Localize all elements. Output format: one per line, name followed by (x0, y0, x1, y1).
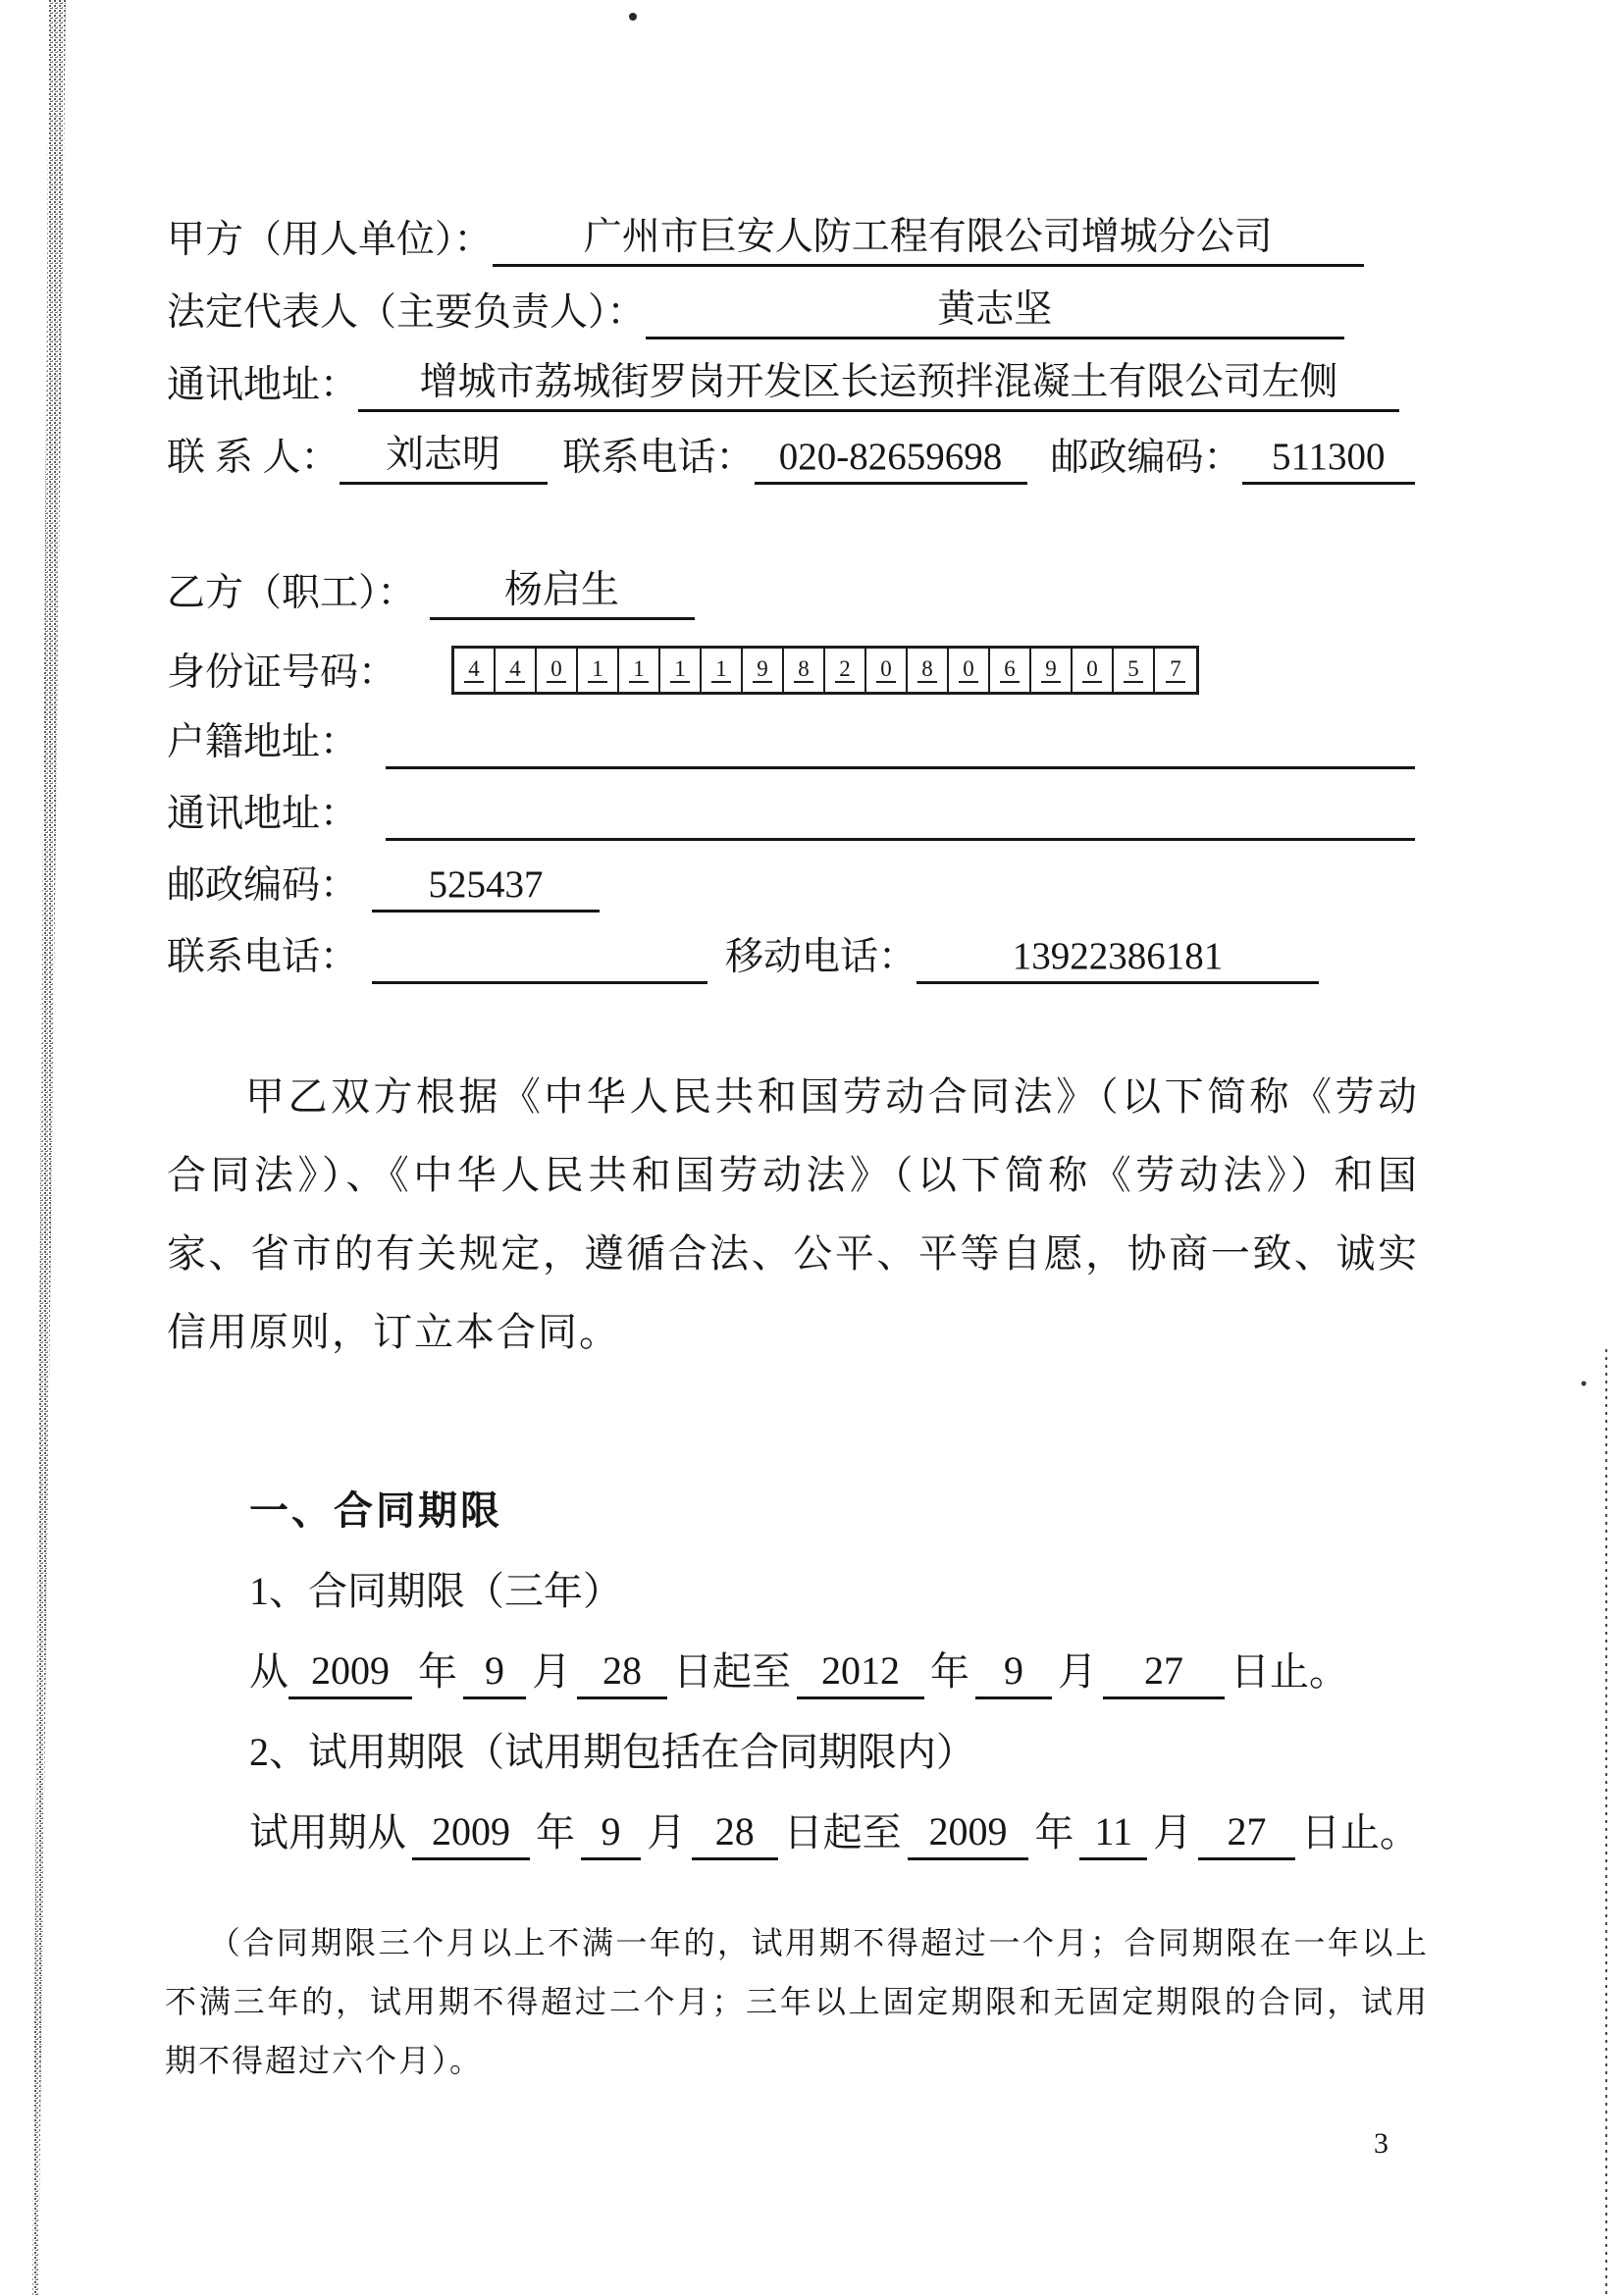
probation-end-chars: 日止。 (1301, 1801, 1419, 1860)
id-digit-box: 8 (908, 649, 949, 692)
contract-term-item-text: 1、合同期限（三年） (249, 1560, 622, 1619)
party-a-contact-row: 联 系 人： 刘志明 联系电话： 020-82659698 邮政编码： 5113… (167, 436, 1415, 485)
probation-dates-row: 试用期从 2009 年 9 月 28 日起至 2009 年 11 月 27 日止… (167, 1809, 1419, 1860)
id-digit-box: 5 (1114, 649, 1155, 692)
mobile-label: 移动电话： (725, 926, 916, 984)
probation-month-char-1: 月 (647, 1801, 686, 1860)
party-a-postcode-label: 邮政编码： (1051, 427, 1242, 485)
page-number: 3 (1374, 2127, 1388, 2161)
party-b-phone-label: 联系电话： (167, 926, 358, 984)
term-start-month: 9 (463, 1647, 526, 1699)
term-end-month: 9 (975, 1647, 1052, 1699)
probation-year-char-1: 年 (536, 1801, 575, 1860)
id-digit-box: 9 (1031, 649, 1073, 692)
id-digit: 8 (794, 657, 813, 683)
probation-month-char-2: 月 (1153, 1801, 1192, 1860)
party-a-address-row: 通讯地址： 增城市荔城街罗岗开发区长运预拌混凝土有限公司左侧 (167, 363, 1415, 412)
party-a-phone-value: 020-82659698 (755, 435, 1027, 485)
party-b-hukou-row: 户籍地址： (167, 720, 1415, 769)
id-digit-box: 8 (784, 649, 825, 692)
id-digit: 9 (753, 657, 772, 683)
term-year-char-1: 年 (418, 1641, 457, 1699)
id-digit: 0 (1082, 657, 1102, 683)
id-digit-box: 9 (743, 649, 784, 692)
term-to-chars: 日起至 (673, 1641, 791, 1699)
contract-term-item: 1、合同期限（三年） (167, 1568, 1419, 1619)
left-scan-streak (32, 0, 66, 2296)
party-b-name-row: 乙方（职工）： 杨启生 (167, 571, 1415, 620)
id-digit-box: 0 (866, 649, 908, 692)
id-digit: 1 (711, 657, 731, 683)
term-end-day: 27 (1103, 1647, 1225, 1699)
party-b-phone-row: 联系电话： 移动电话： 13922386181 (167, 935, 1415, 984)
term-year-char-2: 年 (930, 1641, 969, 1699)
probation-start-year: 2009 (412, 1808, 530, 1860)
probation-start-day: 28 (692, 1808, 778, 1860)
probation-end-year: 2009 (908, 1808, 1029, 1860)
party-b-name-value: 杨启生 (430, 559, 695, 620)
party-a-section: 甲方（用人单位）： 广州市巨安人防工程有限公司增城分公司 法定代表人（主要负责人… (167, 218, 1415, 508)
id-digit: 0 (547, 657, 566, 683)
probation-item: 2、试用期限（试用期包括在合同期限内） (167, 1729, 1419, 1780)
probation-limit-note: （合同期限三个月以上不满一年的，试用期不得超过一个月；合同期限在一年以上不满三年… (165, 1913, 1429, 2090)
term-month-char-2: 月 (1058, 1641, 1097, 1699)
party-a-name-value: 广州市巨安人防工程有限公司增城分公司 (493, 206, 1364, 267)
party-a-phone-label: 联系电话： (563, 427, 755, 485)
legal-rep-label: 法定代表人（主要负责人）： (167, 282, 646, 339)
party-a-address-label: 通讯地址： (167, 354, 358, 412)
contract-term-dates-row: 从 2009 年 9 月 28 日起至 2012 年 9 月 27 日止。 (167, 1648, 1419, 1699)
party-b-address-label: 通讯地址： (167, 783, 358, 841)
term-end-year: 2012 (797, 1647, 924, 1699)
mobile-value: 13922386181 (916, 934, 1319, 984)
legal-rep-value: 黄志坚 (646, 279, 1344, 339)
term-from-char: 从 (249, 1641, 288, 1699)
id-number-label: 身份证号码： (167, 642, 396, 700)
party-a-label: 甲方（用人单位）： (167, 209, 493, 267)
id-digit-box: 0 (949, 649, 990, 692)
probation-item-text: 2、试用期限（试用期包括在合同期限内） (249, 1721, 975, 1780)
id-digit-boxes: 440111198208069057 (451, 646, 1199, 695)
party-b-section: 乙方（职工）： 杨启生 身份证号码： 440111198208069057 户籍… (167, 571, 1415, 1007)
contract-preamble: 甲乙双方根据《中华人民共和国劳动合同法》（以下简称《劳动合同法》）、《中华人民共… (167, 1058, 1419, 1372)
party-b-postcode-label: 邮政编码： (167, 855, 358, 913)
probation-from-chars: 试用期从 (249, 1801, 406, 1860)
term-start-day: 28 (577, 1647, 667, 1699)
contact-person-value: 刘志明 (340, 424, 548, 485)
id-digit: 1 (629, 657, 649, 683)
section-1-heading: 一、合同期限 (249, 1480, 502, 1539)
party-b-address-value (386, 835, 1415, 841)
party-b-postcode-row: 邮政编码： 525437 (167, 863, 1415, 913)
term-month-char-1: 月 (532, 1641, 571, 1699)
id-digit-box: 2 (825, 649, 866, 692)
hukou-address-label: 户籍地址： (167, 711, 358, 769)
id-digit-box: 4 (496, 649, 537, 692)
probation-to-chars: 日起至 (784, 1801, 902, 1860)
contract-page: 甲方（用人单位）： 广州市巨安人防工程有限公司增城分公司 法定代表人（主要负责人… (0, 0, 1623, 2296)
id-digit: 0 (959, 657, 978, 683)
id-digit-box: 1 (660, 649, 702, 692)
party-a-postcode-value: 511300 (1242, 435, 1415, 485)
id-digit: 7 (1166, 657, 1185, 683)
id-digit: 0 (876, 657, 896, 683)
id-digit: 9 (1041, 657, 1061, 683)
id-digit-box: 0 (1073, 649, 1114, 692)
id-digit-box: 6 (990, 649, 1031, 692)
scan-speck-right (1582, 1382, 1587, 1386)
probation-year-char-2: 年 (1034, 1801, 1073, 1860)
id-digit: 5 (1124, 657, 1143, 683)
id-digit: 6 (1000, 657, 1020, 683)
probation-start-month: 9 (581, 1808, 641, 1860)
party-b-address-row: 通讯地址： (167, 792, 1415, 841)
term-end-chars: 日止。 (1230, 1641, 1348, 1699)
party-b-phone-value (372, 978, 707, 984)
party-b-id-row: 身份证号码： 440111198208069057 (167, 643, 1415, 698)
hukou-address-value (386, 763, 1415, 769)
term-start-year: 2009 (288, 1647, 412, 1699)
id-digit: 2 (835, 657, 855, 683)
contact-person-label: 联 系 人： (167, 427, 340, 485)
id-digit-box: 0 (537, 649, 578, 692)
probation-end-day: 27 (1198, 1808, 1295, 1860)
party-b-label: 乙方（职工）： (167, 562, 416, 620)
id-digit-box: 1 (578, 649, 619, 692)
party-a-address-value: 增城市荔城街罗岗开发区长运预拌混凝土有限公司左侧 (358, 351, 1399, 412)
id-digit: 4 (505, 657, 525, 683)
id-digit: 4 (464, 657, 484, 683)
section-1-term: 一、合同期限 1、合同期限（三年） 从 2009 年 9 月 28 日起至 20… (167, 1487, 1419, 1890)
id-digit: 1 (588, 657, 607, 683)
party-b-postcode-value: 525437 (372, 862, 600, 913)
id-digit-box: 1 (619, 649, 660, 692)
id-digit-box: 7 (1155, 649, 1196, 692)
id-digit: 1 (670, 657, 690, 683)
probation-end-month: 11 (1079, 1808, 1147, 1860)
id-digit-box: 4 (454, 649, 496, 692)
party-a-legal-rep-row: 法定代表人（主要负责人）： 黄志坚 (167, 290, 1415, 339)
section-1-heading-row: 一、合同期限 (167, 1487, 1419, 1539)
party-a-name-row: 甲方（用人单位）： 广州市巨安人防工程有限公司增城分公司 (167, 218, 1415, 267)
id-digit: 8 (917, 657, 937, 683)
id-digit-box: 1 (702, 649, 743, 692)
scan-speck-top (629, 13, 637, 21)
